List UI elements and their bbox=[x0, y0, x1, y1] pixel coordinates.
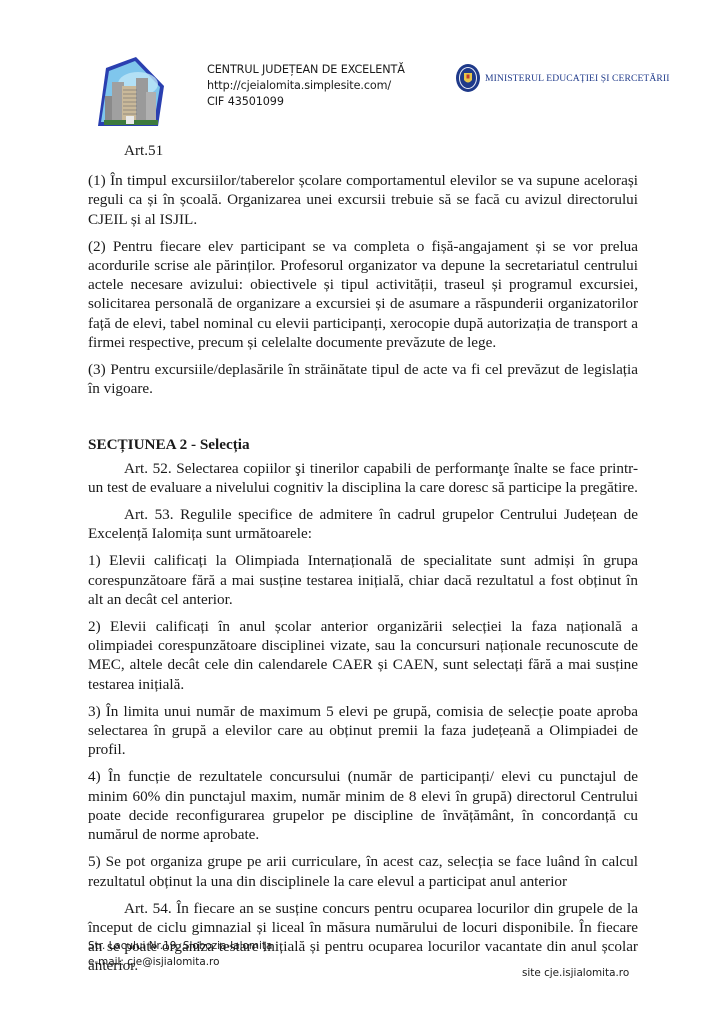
admission-rule-4: 4) În funcție de rezultatele concursului… bbox=[88, 767, 638, 844]
article-51-paragraph-3: (3) Pentru excursiile/deplasările în str… bbox=[88, 360, 638, 398]
ministry-logo: MINISTERUL EDUCAȚIEI ȘI CERCETĂRII bbox=[455, 63, 670, 93]
article-51-paragraph-2: (2) Pentru fiecare elev participant se v… bbox=[88, 237, 638, 352]
footer-site[interactable]: site cje.isjialomita.ro bbox=[522, 965, 629, 981]
admission-rule-5: 5) Se pot organiza grupe pe arii curricu… bbox=[88, 852, 638, 890]
ministry-name: MINISTERUL EDUCAȚIEI ȘI CERCETĂRII bbox=[485, 73, 670, 84]
institution-website[interactable]: http://cjeialomita.simplesite.com/ bbox=[207, 78, 405, 94]
admission-rule-3: 3) În limita unui număr de maximum 5 ele… bbox=[88, 702, 638, 760]
section-2-title: SECȚIUNEA 2 - Selecția bbox=[88, 435, 638, 454]
admission-rule-1: 1) Elevii calificați la Olimpiada Intern… bbox=[88, 551, 638, 609]
footer-email[interactable]: e-mail: cje@isjialomita.ro bbox=[88, 954, 272, 970]
admission-rule-2: 2) Elevii calificați în anul școlar ante… bbox=[88, 617, 638, 694]
institution-cif: CIF 43501099 bbox=[207, 94, 405, 110]
document-page: CENTRUL JUDEȚEAN DE EXCELENTĂ http://cje… bbox=[0, 0, 724, 1024]
city-buildings-logo-icon bbox=[92, 56, 170, 130]
article-52: Art. 52. Selectarea copiilor şi tinerilo… bbox=[88, 459, 638, 497]
header-institution-info: CENTRUL JUDEȚEAN DE EXCELENTĂ http://cje… bbox=[207, 62, 405, 110]
footer-contact: Str. Lacului Nr.19, Slobozia-Ialomița e-… bbox=[88, 938, 272, 970]
romanian-coat-of-arms-icon bbox=[455, 63, 481, 93]
institution-name: CENTRUL JUDEȚEAN DE EXCELENTĂ bbox=[207, 62, 405, 78]
article-53: Art. 53. Regulile specifice de admitere … bbox=[88, 505, 638, 543]
article-51-heading: Art.51 bbox=[88, 141, 638, 160]
footer-address: Str. Lacului Nr.19, Slobozia-Ialomița bbox=[88, 938, 272, 954]
article-51-paragraph-1: (1) În timpul excursiilor/taberelor școl… bbox=[88, 171, 638, 229]
document-body: Art.51 (1) În timpul excursiilor/taberel… bbox=[88, 141, 638, 984]
